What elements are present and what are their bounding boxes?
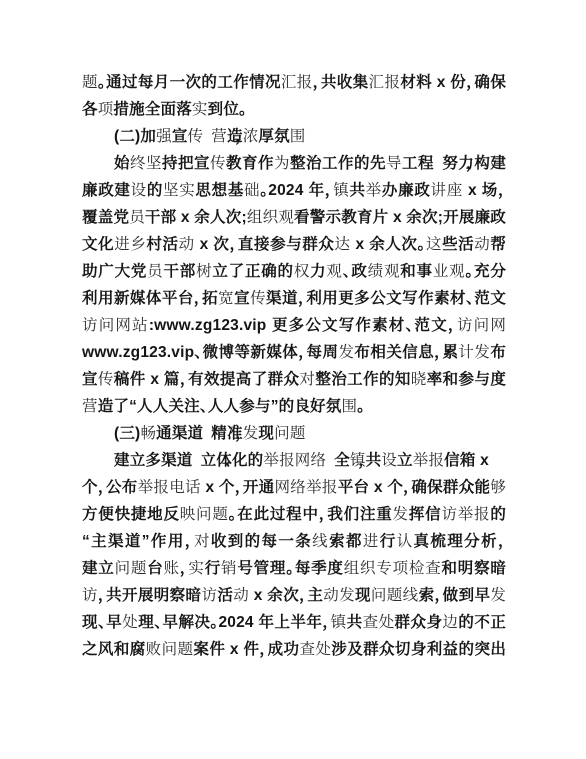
section-heading: (二)加强宣传，营造浓厚氛围: [82, 123, 506, 150]
body-text-line: 访，共开展明察暗访活动 x 余次，主动发现问题线索，做到早发: [82, 582, 506, 609]
body-text-line: 建立问题台账，实行销号管理。每季度组织专项检查和明察暗: [82, 555, 506, 582]
body-text-line: 建立多渠道、立体化的举报网络，全镇共设立举报信箱 x: [82, 447, 506, 474]
body-text-line: 现、早处理、早解决。2024 年上半年，镇共查处群众身边的不正: [82, 609, 506, 636]
body-text-line: 利用新媒体平台，拓宽宣传渠道，利用更多公文写作素材、范文，: [82, 285, 506, 312]
body-text-line: 助广大党员干部树立了正确的权力观、政绩观和事业观。充分: [82, 258, 506, 285]
section-heading: (三)畅通渠道，精准发现问题: [82, 420, 506, 447]
body-text-line: 廉政建设的坚实思想基础。2024 年，镇共举办廉政讲座 x 场，: [82, 177, 506, 204]
body-text-line: 覆盖党员干部 x 余人次;组织观看警示教育片 x 余次;开展廉政: [82, 204, 506, 231]
body-text-line: www.zg123.vip、微博等新媒体，每周发布相关信息，累计发布: [82, 339, 506, 366]
body-text-line: “主渠道”作用，对收到的每一条线索都进行认真梳理分析，: [82, 528, 506, 555]
body-text-line: 文化进乡村活动 x 次，直接参与群众达 x 余人次。这些活动帮: [82, 231, 506, 258]
body-text-line: 宣传稿件 x 篇，有效提高了群众对整治工作的知晓率和参与度，: [82, 366, 506, 393]
body-text-line: 访问网站:www.zg123.vip 更多公文写作素材、范文，访问网站:: [82, 312, 506, 339]
body-text-line: 方便快捷地反映问题。在此过程中，我们注重发挥信访举报的: [82, 501, 506, 528]
body-text-line: 题。通过每月一次的工作情况汇报，共收集汇报材料 x 份，确保: [82, 69, 506, 96]
body-text-line: 始终坚持把宣传教育作为整治工作的先导工程，努力构建: [82, 150, 506, 177]
body-text-line: 之风和腐败问题案件 x 件，成功查处涉及群众切身利益的突出: [82, 636, 506, 663]
body-text-line: 各项措施全面落实到位。: [82, 96, 506, 123]
body-text-line: 个，公布举报电话 x 个，开通网络举报平台 x 个，确保群众能够: [82, 474, 506, 501]
document-page: 题。通过每月一次的工作情况汇报，共收集汇报材料 x 份，确保 各项措施全面落实到…: [0, 0, 586, 759]
document-body: 题。通过每月一次的工作情况汇报，共收集汇报材料 x 份，确保 各项措施全面落实到…: [82, 69, 506, 663]
body-text-line: 营造了“人人关注、人人参与”的良好氛围。: [82, 393, 506, 420]
